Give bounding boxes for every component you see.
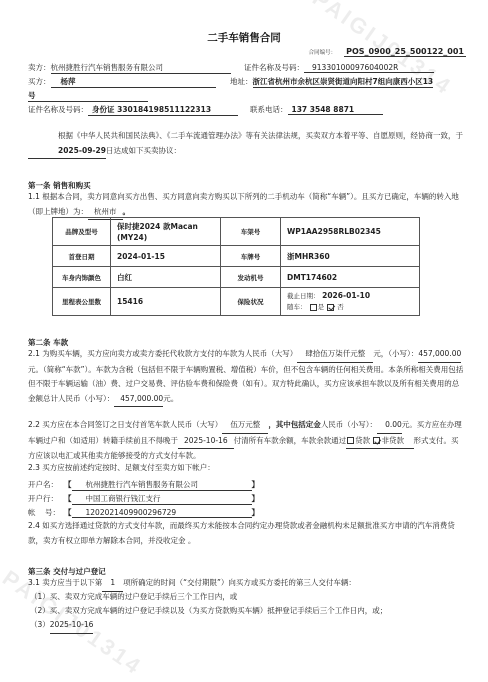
address-continued: 号 [28,90,148,102]
brand-value: 保时捷2024 款Macan (MY24) [111,218,221,246]
seller-label: 卖方： [28,62,51,73]
color-value: 白红 [111,267,221,288]
phone-row: 联系电话： 137 3548 8871 [250,104,383,115]
clause-2-1-end: 元。 [163,394,178,403]
brand-label: 品牌及型号 [53,218,111,246]
engine-label: 发动机号 [221,267,281,288]
clause-3-1-text: 3.1 卖方应当于以下第 [28,578,102,587]
vehicle-table: 品牌及型号 保时捷2024 款Macan (MY24) 车架号 WP1AA295… [52,217,420,316]
first-payment-upper: 伍万元整 [222,418,268,434]
table-row: 品牌及型号 保时捷2024 款Macan (MY24) 车架号 WP1AA295… [53,218,420,246]
account-number-label: 帐 号： [28,507,64,518]
phone-label: 联系电话： [250,104,288,115]
clause-2-4: 2.4 如买方选择通过贷款的方式支付车款，而最终买方未能按本合同约定办理贷款或者… [28,519,464,548]
clause-2-2-text: 2.2 买方应在本合同签订之日支付首笔车款人民币（大写） [28,420,222,429]
engine-value: DMT174602 [281,267,420,288]
expiry-label: 截止日期： [287,292,320,300]
clause-end: 。 [123,207,131,216]
option-no-label: 否 [337,303,344,311]
mileage-label: 里程表公里数 [53,288,111,316]
checkbox-no-checked[interactable] [327,304,334,311]
seller-row: 卖方： 杭州捷胜行汽车销售服务有限公司 [28,62,231,74]
contract-number-label: 合同编号： [309,48,337,56]
clause-2-2: 2.2 买方应在本合同签订之日支付首笔车款人民币（大写）伍万元整，其中包括定金人… [28,418,464,464]
seller-id-row: 证件名称及号码： 91330100097604002R [244,62,434,73]
account-name-row: 开户名： 【杭州捷胜行汽车销售服务有限公司】 [28,479,259,491]
deposit-label: ，其中包括定金 [268,420,321,429]
checkbox-yes[interactable] [310,304,317,311]
clause-2-1-text-b: 元，（小写）： [373,349,418,358]
bank-name: 中国工商银行钱江支行 [72,493,252,505]
insurance-label: 保险状况 [221,288,281,316]
account-number-row: 帐 号： 【1202021409900296729】 [28,507,259,518]
clause-2-1-text-c: 元。（简称“车款”）。车款为含税（包括但不限于车辆购置税、增值税）车价，但不包含… [28,365,463,403]
address-label: 地址： [230,76,253,87]
bank-row: 开户行： 【中国工商银行钱江支行】 [28,493,259,505]
plate-label: 车牌号 [221,246,281,267]
option-non-loan-label: 非贷款 [381,436,404,445]
delivery-option-3: （3）2025-10-16 [30,618,466,634]
buyer-id: 身份证 330184198511122313 [88,104,238,116]
mileage-value: 15416 [111,288,221,316]
vin-label: 车架号 [221,218,281,246]
contract-number-value: POS_0900_25_500122_001 [344,47,466,57]
preamble: 根据《中华人民共和国民法典》、《二手车流通管理办法》等有关法律法规，买卖双方本着… [28,129,464,159]
seller-id-label: 证件名称及号码： [244,62,304,73]
address-cont-row: 号 [28,90,148,102]
buyer-label: 买方： [28,76,51,87]
account-name: 杭州捷胜行汽车销售服务有限公司 [72,479,252,491]
checkbox-loan[interactable] [347,437,354,444]
checkbox-non-loan-checked[interactable] [373,437,380,444]
color-label: 车身内饰颜色 [53,267,111,288]
buyer-id-row: 证件名称及号码： 身份证 330184198511122313 [28,104,238,116]
option-yes-label: 是 [318,303,325,311]
clause-2-3: 2.3 买方应按前述约定按时、足额支付至卖方如下帐户： [28,461,464,476]
delivery-option-2: （2）买、卖双方完成车辆的过户登记手续以及（为买方贷款购买车辆）抵押登记手续后三… [30,604,466,619]
option-loan-label: 贷款 [355,436,370,445]
address-row: 地址： 浙江省杭州市余杭区崇贤街道向阳村7组向康西小区13 [230,76,433,88]
clause-2-2-text-c: 人民币（小写）： [321,420,377,429]
insurance-value: 截止日期： 2026-01-10 随车： 是 否 [281,288,420,316]
account-name-label: 开户名： [28,479,64,490]
clause-2-2-text-e: 付清所有车款余额，车款余款通过 [234,436,347,445]
preamble-text: 根据《中华人民共和国民法典》、《二手车流通管理办法》等有关法律法规，买卖双方本着… [58,131,463,140]
buyer-id-label: 证件名称及号码： [28,104,88,115]
signing-date: 2025-09-29 [28,144,106,160]
seller-name: 杭州捷胜行汽车销售服务有限公司 [51,62,231,74]
vin-value: WP1AA2958RLB02345 [281,218,420,246]
table-row: 里程表公里数 15416 保险状况 截止日期： 2026-01-10 随车： 是… [53,288,420,316]
plate-value: 浙MHR360 [281,246,420,267]
clause-3-1-text-b: 项所确定的时间（“交付期限”）向买方或买方委托的第三人交付车辆： [123,578,356,587]
clause-2-1: 2.1 为购买车辆，买方应向卖方或卖方委托代收款方支付的车款为人民币（大写）肆拾… [28,347,464,407]
buyer-row: 买方： 杨萍 [28,76,216,88]
deposit-amount: 0.00 [377,418,402,434]
seller-id: 91330100097604002R [304,63,434,73]
amount-lower: 457,000.00 [418,347,461,363]
delivery-date: 2025-10-16 [50,618,94,634]
account-number: 1202021409900296729 [72,508,252,518]
address-value: 浙江省杭州市余杭区崇贤街道向阳村7组向康西小区13 [253,76,434,88]
bank-label: 开户行： [28,493,64,504]
with-car-label: 随车： [287,303,307,311]
page-title: 二手车销售合同 [0,30,488,45]
buyer-name: 杨萍 [51,76,216,88]
first-reg-label: 首登日期 [53,246,111,267]
expiry-date: 2026-01-10 [322,291,370,300]
contract-page: PAIGIJ01314 PAIGIJ01314 二手车销售合同 合同编号： PO… [0,0,488,682]
preamble-text-end: 日达成如下买卖协议： [106,146,181,155]
amount-upper: 肆拾伍万柒仟元整 [297,347,373,363]
table-row: 首登日期 2024-01-15 车牌号 浙MHR360 [53,246,420,267]
delivery-option-1: （1）买、卖双方完成车辆的过户登记手续后三个工作日内，或 [30,590,466,605]
option-3-label: （3） [30,620,50,629]
total-amount: 457,000.00 [114,392,163,408]
payment-deadline: 2025-10-16 [178,434,234,450]
first-reg-value: 2024-01-15 [111,246,221,267]
clause-1-1: 1.1 根据本合同，卖方同意向买方出售、买方同意向卖方购买以下所列的二手机动车（… [28,190,464,220]
phone-value: 137 3548 8871 [288,105,383,115]
contract-number: 合同编号： POS_0900_25_500122_001 [309,47,466,57]
clause-2-1-text: 2.1 为购买车辆，买方应向卖方或卖方委托代收款方支付的车款为人民币（大写） [28,349,297,358]
table-row: 车身内饰颜色 白红 发动机号 DMT174602 [53,267,420,288]
